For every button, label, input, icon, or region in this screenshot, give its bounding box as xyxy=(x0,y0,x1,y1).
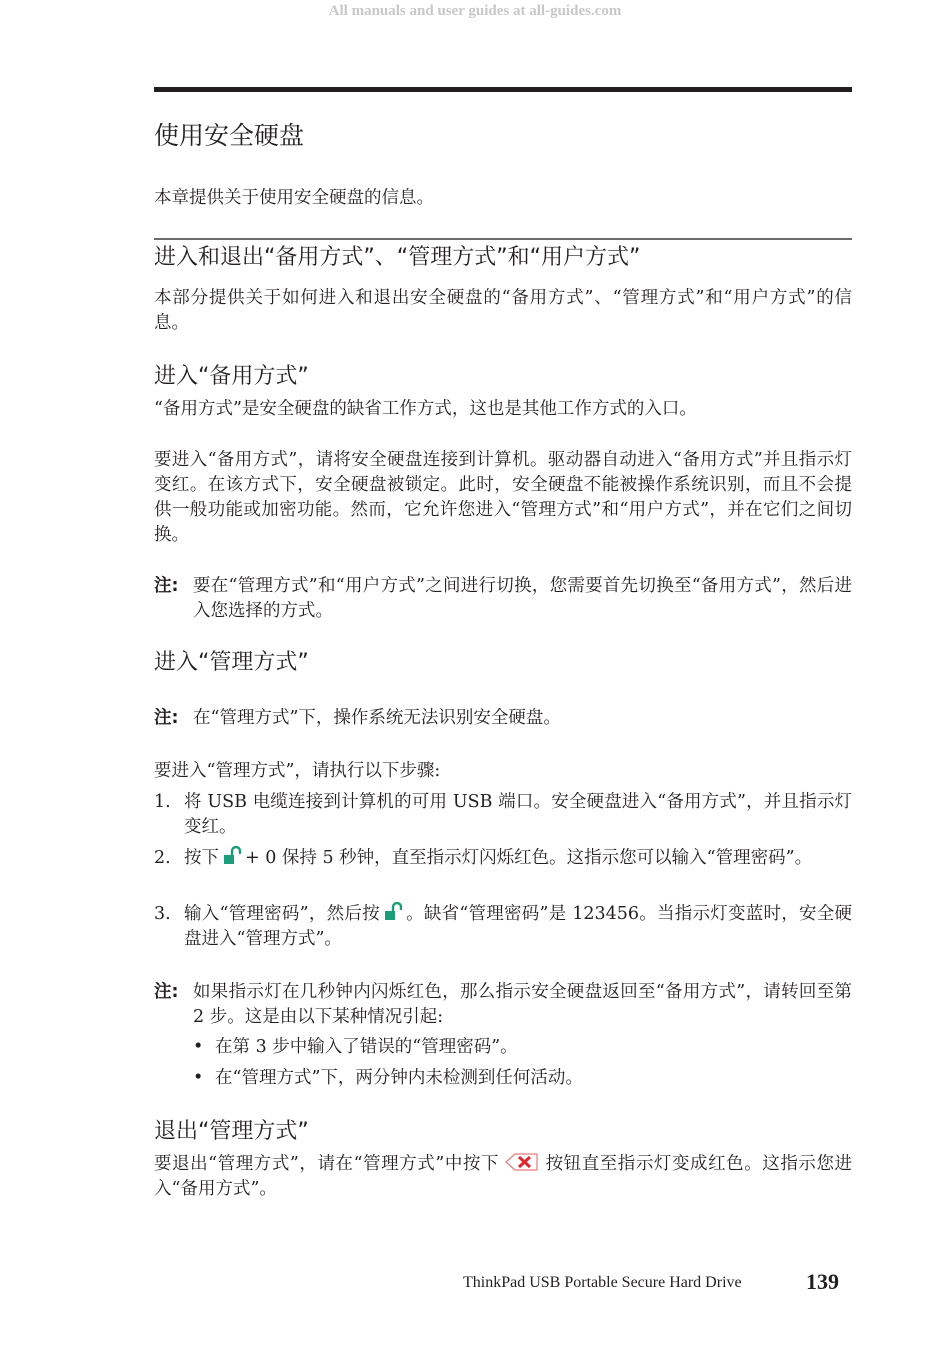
exit-text-pre: 要退出“管理方式”，请在“管理方式”中按下 xyxy=(154,1154,499,1174)
unlock-icon xyxy=(223,846,241,866)
section-rule xyxy=(154,238,852,240)
exit-admin-title: 退出“管理方式” xyxy=(154,1116,309,1148)
step-3: 3. 输入“管理密码”，然后按。缺省“管理密码”是 123456。当指示灯变蓝时… xyxy=(154,902,852,952)
standby-note: 注: 要在“管理方式”和“用户方式”之间进行切换，您需要首先切换至“备用方式”，… xyxy=(154,574,852,624)
step-number: 2. xyxy=(154,846,171,871)
admin-note-2: 注: 如果指示灯在几秒钟内闪烁红色，那么指示安全硬盘返回至“备用方式”，请转回至… xyxy=(154,980,852,1030)
note-body: 如果指示灯在几秒钟内闪烁红色，那么指示安全硬盘返回至“备用方式”，请转回至第 2… xyxy=(193,980,852,1030)
step-1: 1. 将 USB 电缆连接到计算机的可用 USB 端口。安全硬盘进入“备用方式”… xyxy=(154,790,852,840)
step-number: 3. xyxy=(154,902,171,927)
step-text-pre: 输入“管理密码”，然后按 xyxy=(184,904,380,924)
bullet-text: 在第 3 步中输入了错误的“管理密码”。 xyxy=(215,1035,852,1060)
standby-paragraph-1: “备用方式”是安全硬盘的缺省工作方式，这也是其他工作方式的入口。 xyxy=(154,397,852,422)
note-label: 注: xyxy=(154,574,179,599)
bullet-icon: • xyxy=(193,1035,203,1060)
step-number: 1. xyxy=(154,790,171,815)
exit-admin-paragraph: 要退出“管理方式”，请在“管理方式”中按下按钮直至指示灯变成红色。这指示您进入“… xyxy=(154,1152,852,1202)
standby-title: 进入“备用方式” xyxy=(154,361,309,393)
chapter-rule xyxy=(154,87,852,92)
note-body: 在“管理方式”下，操作系统无法识别安全硬盘。 xyxy=(193,706,852,731)
step-text-pre: 按下 xyxy=(184,848,219,868)
bullet-item: • 在第 3 步中输入了错误的“管理密码”。 xyxy=(193,1035,852,1060)
step-text: 按下+ 0 保持 5 秒钟，直至指示灯闪烁红色。这指示您可以输入“管理密码”。 xyxy=(184,846,852,871)
step-text: 输入“管理密码”，然后按。缺省“管理密码”是 123456。当指示灯变蓝时，安全… xyxy=(184,902,852,952)
admin-title: 进入“管理方式” xyxy=(154,647,309,679)
chapter-title: 使用安全硬盘 xyxy=(154,118,304,154)
step-text: 将 USB 电缆连接到计算机的可用 USB 端口。安全硬盘进入“备用方式”，并且… xyxy=(184,790,852,840)
note-body: 要在“管理方式”和“用户方式”之间进行切换，您需要首先切换至“备用方式”，然后进… xyxy=(193,574,852,624)
section-intro: 本部分提供关于如何进入和退出安全硬盘的“备用方式”、“管理方式”和“用户方式”的… xyxy=(154,286,852,336)
footer-title: ThinkPad USB Portable Secure Hard Drive xyxy=(463,1274,742,1292)
bullet-text: 在“管理方式”下，两分钟内未检测到任何活动。 xyxy=(215,1066,852,1091)
bullet-icon: • xyxy=(193,1066,203,1091)
unlock-icon xyxy=(384,902,402,922)
watermark: All manuals and user guides at all-guide… xyxy=(0,3,950,20)
page-number: 139 xyxy=(806,1269,839,1295)
bullet-item: • 在“管理方式”下，两分钟内未检测到任何活动。 xyxy=(193,1066,852,1091)
note-label: 注: xyxy=(154,706,179,731)
admin-note: 注: 在“管理方式”下，操作系统无法识别安全硬盘。 xyxy=(154,706,852,731)
section-title: 进入和退出“备用方式”、“管理方式”和“用户方式” xyxy=(154,242,640,274)
step-2: 2. 按下+ 0 保持 5 秒钟，直至指示灯闪烁红色。这指示您可以输入“管理密码… xyxy=(154,846,852,871)
steps-intro: 要进入“管理方式”，请执行以下步骤: xyxy=(154,759,852,784)
note-label: 注: xyxy=(154,980,179,1005)
step-text-post: + 0 保持 5 秒钟，直至指示灯闪烁红色。这指示您可以输入“管理密码”。 xyxy=(245,848,812,868)
standby-paragraph-2: 要进入“备用方式”，请将安全硬盘连接到计算机。驱动器自动进入“备用方式”并且指示… xyxy=(154,448,852,548)
chapter-intro: 本章提供关于使用安全硬盘的信息。 xyxy=(154,186,852,211)
cancel-key-icon xyxy=(505,1152,539,1172)
